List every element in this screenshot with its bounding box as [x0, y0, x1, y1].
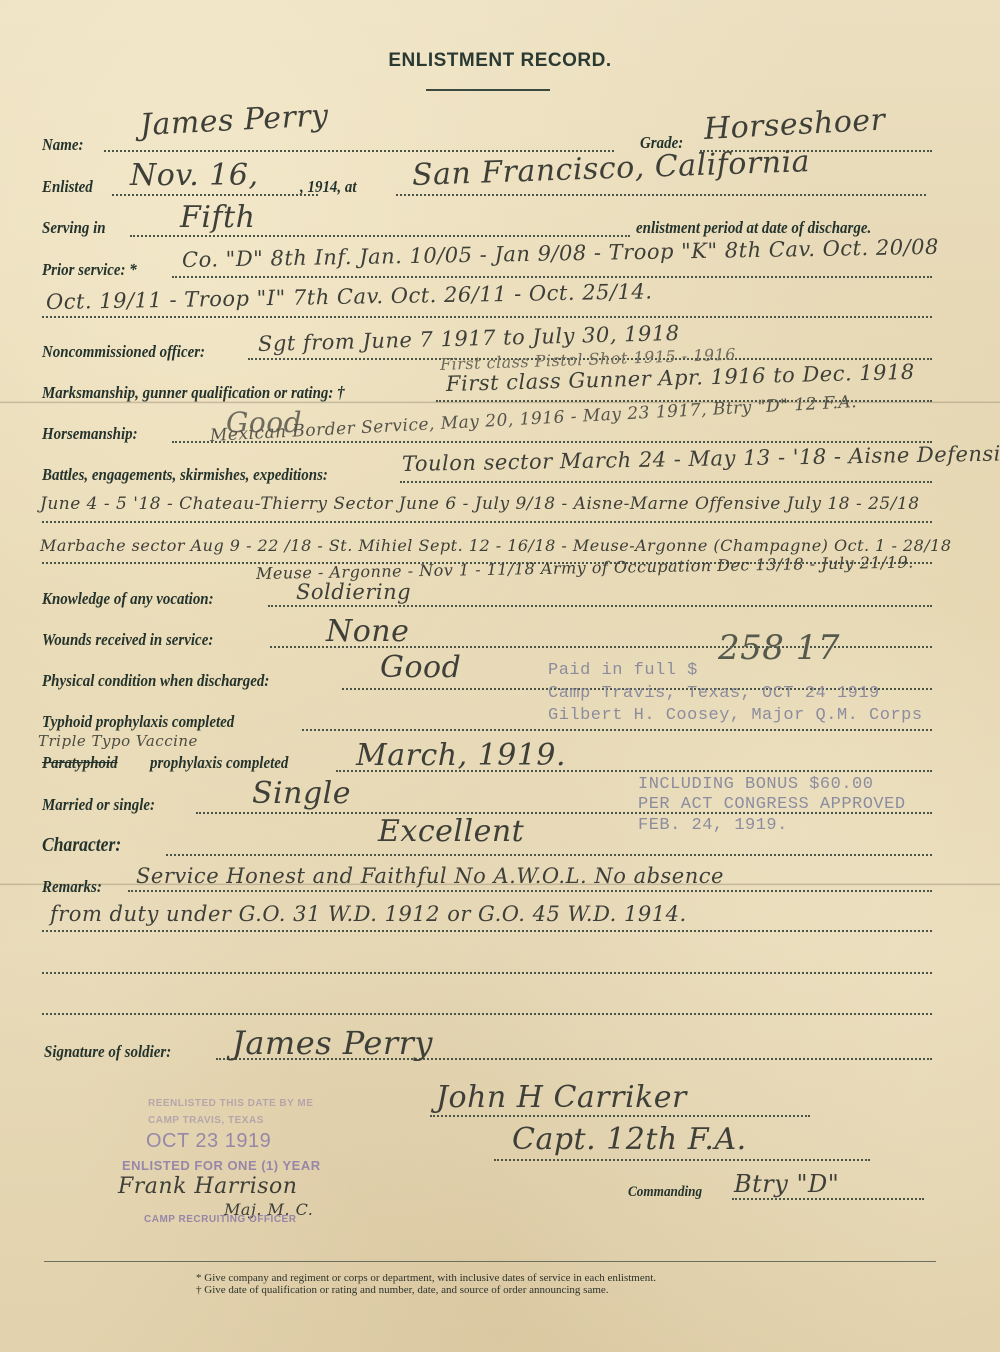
wounds-value: None — [326, 614, 409, 649]
physical-value: Good — [380, 650, 461, 685]
footnote-1: * Give company and regiment or corps or … — [196, 1272, 656, 1284]
wounds-label: Wounds received in service: — [42, 630, 213, 650]
footnote-separator — [44, 1261, 936, 1262]
battles-value-4: Meuse - Argonne - Nov 1 - 11/18 Army of … — [256, 553, 914, 583]
battles-value-2: June 4 - 5 '18 - Chateau-Thierry Sector … — [40, 494, 920, 514]
commanding-value: Btry "D" — [734, 1170, 839, 1198]
enlisted-year-label: , 1914, at — [300, 177, 357, 197]
remarks-value-1: Service Honest and Faithful No A.W.O.L. … — [136, 864, 724, 888]
paratyphoid-value: March, 1919. — [356, 738, 566, 773]
paratyphoid-struck-label: Paratyphoid — [42, 753, 118, 773]
serving-in-line — [130, 235, 630, 237]
marital-label: Married or single: — [42, 795, 155, 815]
commanding-label: Commanding — [628, 1184, 702, 1201]
officer-rank: Capt. 12th F.A. — [512, 1122, 747, 1157]
recruiting-officer-signature: Frank Harrison — [118, 1174, 297, 1199]
vocation-line — [268, 605, 932, 607]
typhoid-line — [302, 729, 932, 731]
remarks-value-2: from duty under G.O. 31 W.D. 1912 or G.O… — [50, 902, 687, 926]
prior-service-value-1: Co. "D" 8th Inf. Jan. 10/05 - Jan 9/08 -… — [182, 235, 939, 272]
enlisted-label: Enlisted — [42, 177, 93, 197]
character-value: Excellent — [378, 814, 524, 849]
reenlist-stamp-line-4: ENLISTED FOR ONE (1) YEAR — [122, 1158, 321, 1173]
signature-label: Signature of soldier: — [44, 1042, 171, 1062]
nco-label: Noncommissioned officer: — [42, 342, 205, 362]
character-line — [166, 854, 932, 856]
name-value: James Perry — [139, 98, 329, 143]
payment-stamp-line-3: Gilbert H. Coosey, Major Q.M. Corps — [548, 706, 923, 725]
commanding-line — [732, 1198, 924, 1200]
bonus-stamp-line-3: FEB. 24, 1919. — [638, 816, 788, 835]
typhoid-label: Typhoid prophylaxis completed — [42, 712, 234, 732]
marital-value: Single — [252, 776, 351, 811]
marital-line — [196, 812, 932, 814]
bonus-stamp-line-1: INCLUDING BONUS $60.00 — [638, 775, 873, 794]
physical-label: Physical condition when discharged: — [42, 671, 269, 691]
enlisted-date-line — [112, 194, 318, 196]
payment-stamp-line-1: Paid in full $ — [548, 661, 698, 680]
enlisted-place-line — [396, 194, 926, 196]
reenlist-stamp-line-1: REENLISTED THIS DATE BY ME — [148, 1098, 313, 1109]
title-underline — [426, 89, 550, 91]
paratyphoid-note: Triple Typo Vaccine — [38, 732, 198, 750]
payment-stamp-line-2: Camp Travis, Texas, OCT 24 1919 — [548, 684, 880, 703]
prior-service-line-2 — [42, 316, 932, 318]
serving-in-value: Fifth — [180, 200, 255, 235]
battles-line-1 — [400, 481, 932, 483]
soldier-signature: James Perry — [232, 1024, 433, 1062]
name-line — [104, 150, 614, 152]
officer-signature: John H Carriker — [436, 1080, 687, 1115]
footnote-2: † Give date of qualification or rating a… — [196, 1284, 609, 1296]
character-label: Character: — [42, 834, 121, 857]
reenlist-stamp-line-2: CAMP TRAVIS, TEXAS — [148, 1115, 264, 1126]
battles-label: Battles, engagements, skirmishes, expedi… — [42, 465, 328, 485]
vocation-label: Knowledge of any vocation: — [42, 589, 214, 609]
vocation-value: Soldiering — [296, 580, 411, 604]
horsemanship-label: Horsemanship: — [42, 424, 138, 444]
prior-service-line-1 — [172, 276, 932, 278]
battles-value-3: Marbache sector Aug 9 - 22 /18 - St. Mih… — [40, 536, 952, 555]
grade-value: Horseshoer — [703, 103, 886, 147]
document-title: ENLISTMENT RECORD. — [0, 50, 1000, 72]
serving-in-label: Serving in — [42, 218, 106, 238]
officer-signature-line — [430, 1115, 810, 1117]
remarks-line-4 — [42, 1013, 932, 1015]
reenlist-stamp-line-5: CAMP RECRUITING OFFICER — [144, 1214, 296, 1225]
marksmanship-label: Marksmanship, gunner qualification or ra… — [42, 383, 345, 403]
name-label: Name: — [42, 135, 84, 155]
paratyphoid-label: prophylaxis completed — [150, 753, 288, 773]
prior-service-label: Prior service: * — [42, 260, 137, 280]
prior-service-value-2: Oct. 19/11 - Troop "I" 7th Cav. Oct. 26/… — [46, 279, 653, 314]
remarks-line-2 — [42, 930, 932, 932]
reenlist-stamp-date: OCT 23 1919 — [146, 1130, 271, 1153]
enlistment-record-page: ENLISTMENT RECORD. Name: James Perry Gra… — [0, 0, 1000, 1352]
battles-value-1: Toulon sector March 24 - May 13 - '18 - … — [402, 441, 1000, 476]
remarks-line-3 — [42, 972, 932, 974]
serving-in-suffix: enlistment period at date of discharge. — [636, 218, 871, 238]
remarks-line-1 — [128, 890, 932, 892]
officer-rank-line — [494, 1159, 870, 1161]
remarks-label: Remarks: — [42, 877, 102, 897]
battles-line-2 — [42, 521, 932, 523]
enlisted-date-value: Nov. 16, — [130, 158, 258, 193]
payment-amount: 258 17 — [718, 628, 840, 668]
